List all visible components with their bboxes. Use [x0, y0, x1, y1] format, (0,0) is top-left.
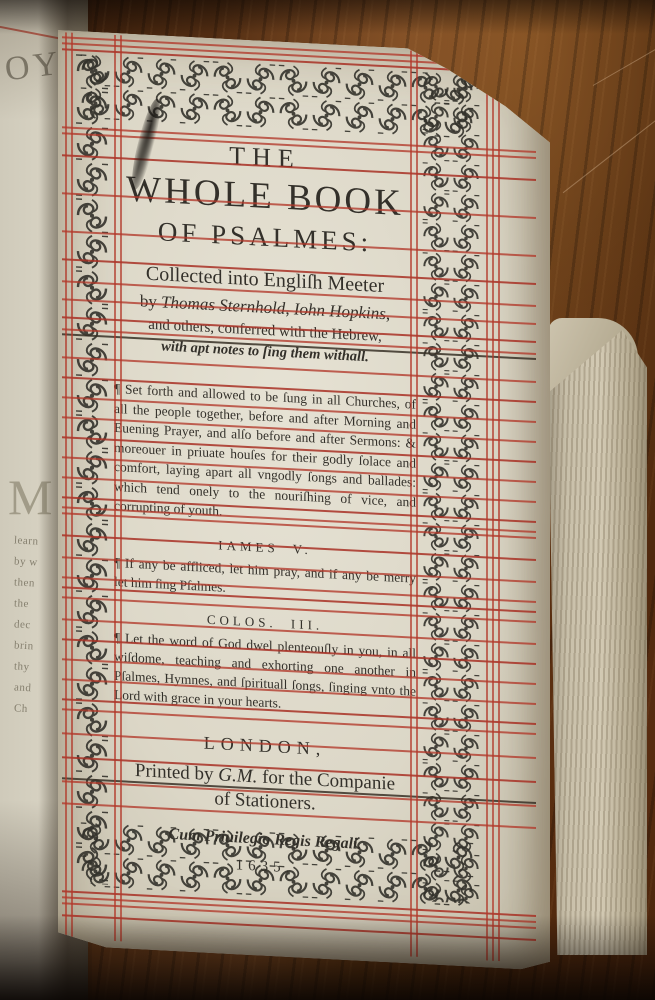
title-page: THE WHOLE BOOK OF PSALMES: Collected int… [58, 30, 550, 971]
ornamental-border-left [72, 53, 112, 885]
ornamental-border-right [420, 71, 482, 904]
title-page-text: THE WHOLE BOOK OF PSALMES: Collected int… [114, 125, 416, 883]
imprint-prefix: Printed by [135, 760, 218, 785]
byline-separator: , [285, 299, 294, 318]
left-page-text-fragments: learnby wthenthedecbrinthyandCh [14, 535, 38, 715]
printer-initials: G.M. [218, 764, 257, 787]
byline-prefix: by [140, 291, 161, 311]
imprint-place: LONDON, [114, 727, 416, 764]
photograph-of-open-book: OY M learnby wthenthedecbrinthyandCh THE… [0, 0, 655, 1000]
imprint-middle: for the Companie [257, 766, 395, 794]
top-vignette-shadow [0, 0, 655, 34]
byline-suffix: , [386, 304, 390, 323]
author-sternhold: Thomas Sternhold [161, 292, 285, 318]
preface-paragraph: ¶ Set forth and allowed to be ſung in al… [114, 379, 416, 531]
bottom-vignette-shadow [0, 915, 655, 1000]
scripture-colossians: ¶ Let the word of God dwel plenteouſly i… [114, 627, 416, 719]
author-hopkins: Iohn Hopkins [294, 299, 386, 323]
privilege-statement: Cum Priuilegio Regis Regali. [114, 822, 416, 856]
